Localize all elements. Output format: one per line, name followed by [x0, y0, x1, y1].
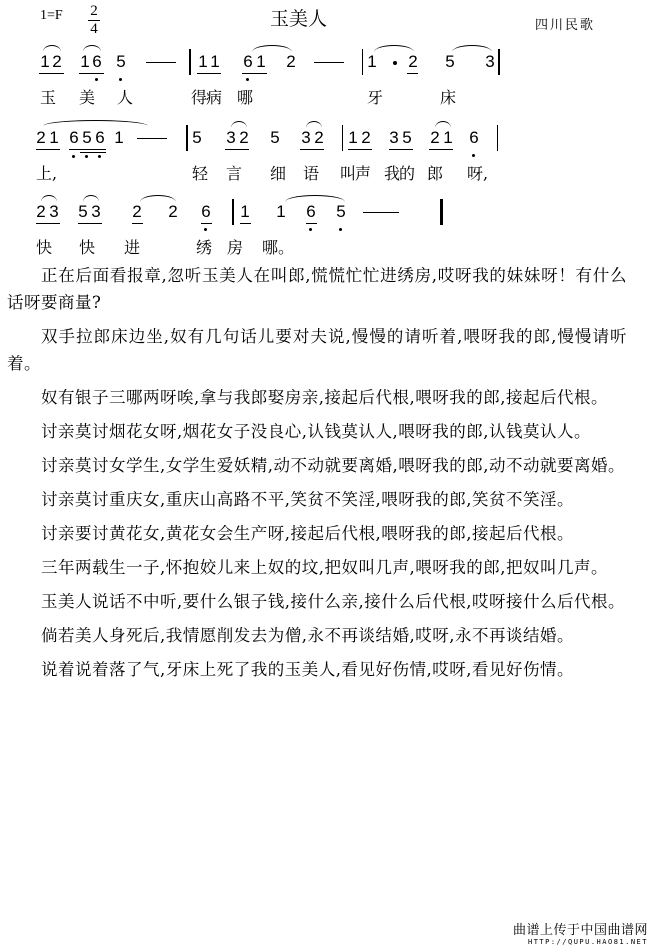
low-octave-dot: [72, 155, 75, 158]
verse-3: 奴有银子三哪两呀唉,拿与我郎娶房亲,接起后代根,喂呀我的郎,接起后代根。: [7, 384, 627, 411]
verse-6: 讨亲莫讨重庆女,重庆山高路不平,笑贫不笑淫,喂呀我的郎,笑贫不笑淫。: [7, 486, 627, 513]
lyric: 轻: [192, 161, 208, 184]
barline: [342, 125, 343, 151]
underline: [39, 73, 64, 74]
dotted-note-dot: [393, 61, 397, 65]
key-signature: 1=F: [40, 8, 63, 24]
lyric: 言: [226, 161, 242, 184]
lyric: 房: [227, 235, 243, 258]
time-signature-denominator: 4: [87, 21, 101, 38]
slur: [435, 121, 451, 128]
verse-1: 正在后面看报章,忽听玉美人在叫郎,慌慌忙忙进绣房,哎呀我的妹妹呀！有什么话呀要商…: [7, 262, 627, 316]
verse-4: 讨亲莫讨烟花女呀,烟花女子没良心,认钱莫认人,喂呀我的郎,认钱莫认人。: [7, 418, 627, 445]
barline: [232, 199, 234, 225]
note: 2: [52, 52, 62, 72]
underline: [36, 149, 60, 150]
note: 1: [443, 128, 453, 148]
note: 3: [226, 128, 236, 148]
underline: [201, 223, 212, 224]
note: 5: [402, 128, 412, 148]
slur: [140, 195, 176, 202]
time-signature-numerator: 2: [87, 3, 101, 20]
lyric: 玉: [40, 85, 56, 108]
slur: [83, 195, 99, 202]
note: 5: [116, 52, 126, 72]
note: 1: [240, 202, 250, 222]
note: 6: [306, 202, 316, 222]
underline: [240, 223, 251, 224]
barline: [186, 125, 188, 151]
note: 6: [201, 202, 211, 222]
note: 1: [198, 52, 208, 72]
double-underline: [80, 152, 106, 153]
note: 2: [430, 128, 440, 148]
lyric: 得病: [191, 85, 221, 108]
verse-9: 玉美人说话不中听,要什么银子钱,接什么亲,接什么后代根,哎呀接什么后代根。: [7, 588, 627, 615]
note: 5: [336, 202, 346, 222]
barline: [497, 125, 498, 151]
note: 2: [361, 128, 371, 148]
underline: [429, 149, 453, 150]
lyric: 快: [79, 235, 95, 258]
low-octave-dot: [309, 228, 312, 231]
note: 1: [40, 52, 50, 72]
note: 2: [314, 128, 324, 148]
lyric: 叫声: [340, 161, 370, 184]
note: 5: [78, 202, 88, 222]
verse-2: 双手拉郎床边坐,奴有几句话儿要对夫说,慢慢的请听着,喂呀我的郎,慢慢请听着。: [7, 323, 627, 377]
verses: 正在后面看报章,忽听玉美人在叫郎,慌慌忙忙进绣房,哎呀我的妹妹呀！有什么话呀要商…: [7, 262, 627, 690]
note: 6: [95, 128, 105, 148]
verse-8: 三年两载生一子,怀抱姣儿来上奴的坟,把奴叫几声,喂呀我的郎,把奴叫几声。: [7, 554, 627, 581]
time-signature: 2 4: [87, 3, 101, 38]
note: 2: [286, 52, 296, 72]
lyric: 绣: [196, 235, 212, 258]
note: 5: [192, 128, 202, 148]
low-octave-dot: [246, 78, 249, 81]
underline: [197, 73, 221, 74]
note: 1: [276, 202, 286, 222]
lyric: 郎: [427, 161, 443, 184]
slur: [231, 121, 247, 128]
note: 1: [114, 128, 124, 148]
slur: [374, 45, 414, 52]
underline: [79, 73, 104, 74]
note: 6: [69, 128, 79, 148]
score-row-2: 2 1 6 5 6 1 5 3 2 5 3 2 1 2 3 5 2 1 6 上,…: [0, 116, 650, 191]
underline: [225, 149, 249, 150]
note: 2: [36, 202, 46, 222]
watermark-url: HTTP://QUPU.HAO81.NET: [513, 938, 648, 946]
low-octave-dot: [98, 155, 101, 158]
note: 2: [36, 128, 46, 148]
note: 1: [80, 52, 90, 72]
song-title: 玉美人: [270, 4, 327, 31]
extend-dash: [137, 138, 167, 139]
low-octave-dot: [472, 154, 475, 157]
slur: [285, 195, 345, 202]
underline: [348, 149, 372, 150]
note: 2: [168, 202, 178, 222]
lyric: 美: [79, 85, 95, 108]
note: 3: [389, 128, 399, 148]
note: 2: [132, 202, 142, 222]
lyric: 我的: [384, 161, 414, 184]
song-origin: 四川民歌: [535, 14, 595, 33]
note: 3: [301, 128, 311, 148]
note: 2: [239, 128, 249, 148]
watermark-text: 曲谱上传于中国曲谱网: [513, 919, 648, 938]
lyric: 人: [117, 85, 133, 108]
extend-dash: [314, 62, 344, 63]
low-octave-dot: [339, 228, 342, 231]
lyric: 快: [36, 235, 52, 258]
slur: [452, 45, 492, 52]
barline: [498, 49, 500, 75]
verse-11: 说着说着落了气,牙床上死了我的玉美人,看见好伤情,哎呀,看见好伤情。: [7, 656, 627, 683]
score-row-3: 2 3 5 3 2 2 6 1 1 6 5 快 快 进 绣 房 哪。: [0, 190, 650, 265]
note: 1: [256, 52, 266, 72]
extend-dash: [146, 62, 176, 63]
lyric: 呀,: [467, 161, 488, 184]
lyric: 哪。: [262, 235, 294, 258]
underline: [306, 223, 317, 224]
note: 1: [367, 52, 377, 72]
verse-5: 讨亲莫讨女学生,女学生爱妖精,动不动就要离婚,喂呀我的郎,动不动就要离婚。: [7, 452, 627, 479]
score-row-1: 1 2 1 6 5 1 1 6 1 2 1 2 5 3 玉 美 人 得病 哪 牙…: [0, 40, 650, 115]
verse-7: 讨亲要讨黄花女,黄花女会生产呀,接起后代根,喂呀我的郎,接起后代根。: [7, 520, 627, 547]
underline: [407, 73, 418, 74]
note: 6: [469, 128, 479, 148]
note: 3: [49, 202, 59, 222]
note: 6: [243, 52, 253, 72]
underline: [69, 149, 106, 150]
slur: [252, 45, 292, 52]
note: 6: [92, 52, 102, 72]
note: 3: [485, 52, 495, 72]
note: 5: [82, 128, 92, 148]
low-octave-dot: [119, 78, 122, 81]
extend-dash: [363, 212, 399, 213]
underline: [389, 149, 413, 150]
slur: [306, 121, 322, 128]
note: 5: [445, 52, 455, 72]
lyric: 牙: [367, 85, 383, 108]
underline: [132, 223, 143, 224]
slur: [43, 45, 61, 52]
slur: [41, 195, 57, 202]
low-octave-dot: [204, 228, 207, 231]
verse-10: 倘若美人身死后,我情愿削发去为僧,永不再谈结婚,哎呀,永不再谈结婚。: [7, 622, 627, 649]
note: 3: [91, 202, 101, 222]
underline: [36, 223, 60, 224]
barline: [362, 49, 363, 75]
lyric: 进: [124, 235, 140, 258]
slur: [43, 120, 148, 126]
lyric: 哪: [237, 85, 253, 108]
final-barline: [440, 199, 443, 225]
underline: [242, 73, 267, 74]
lyric: 语: [303, 161, 319, 184]
note: 2: [408, 52, 418, 72]
watermark: 曲谱上传于中国曲谱网 HTTP://QUPU.HAO81.NET: [513, 919, 648, 946]
note: 1: [210, 52, 220, 72]
note: 1: [348, 128, 358, 148]
lyric: 床: [440, 85, 456, 108]
lyric: 细: [270, 161, 286, 184]
low-octave-dot: [85, 155, 88, 158]
low-octave-dot: [95, 78, 98, 81]
lyric: 上,: [36, 161, 57, 184]
barline: [189, 49, 191, 75]
underline: [300, 149, 324, 150]
note: 1: [49, 128, 59, 148]
note: 5: [270, 128, 280, 148]
underline: [78, 223, 102, 224]
slur: [83, 45, 101, 52]
